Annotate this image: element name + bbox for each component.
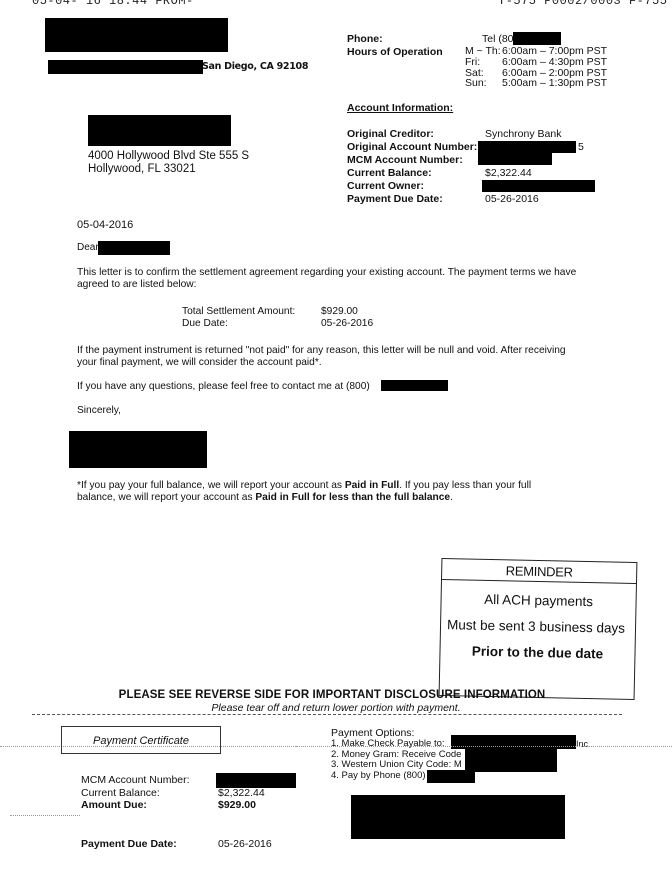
- intro-paragraph: This letter is to confirm the settlement…: [77, 267, 597, 291]
- tear-line: [32, 714, 622, 715]
- recipient-address-line2: Hollywood, FL 33021: [88, 163, 249, 176]
- redacted-receive-codes: [465, 748, 557, 772]
- hours-table: M ~ Th: 6:00am – 7:00pm PST Fri: 6:00am …: [465, 46, 607, 89]
- hours-row: Sun: 5:00am – 1:30pm PST: [465, 78, 607, 89]
- redacted-remit-address: [351, 795, 565, 839]
- salutation: Dear: [77, 242, 99, 253]
- recipient-address: 4000 Hollywood Blvd Ste 555 S Hollywood,…: [88, 150, 249, 176]
- fax-header-right: T-575 P0002/0003 F-755: [498, 0, 667, 8]
- scan-noise: [10, 815, 80, 816]
- redacted-recipient-name: [88, 115, 231, 146]
- certificate-row: Current Balance: $2,322.44: [81, 787, 265, 800]
- hours-label: Hours of Operation: [347, 46, 443, 58]
- reminder-title: REMINDER: [442, 559, 636, 584]
- certificate-due-row: Payment Due Date: 05-26-2016: [81, 838, 272, 851]
- disclosure-notice: PLEASE SEE REVERSE SIDE FOR IMPORTANT DI…: [0, 689, 672, 701]
- letter-date: 05-04-2016: [77, 219, 133, 231]
- closing: Sincerely,: [77, 405, 121, 416]
- contact-block: Phone: Tel (800): [347, 33, 523, 45]
- certificate-row-amount-due: Amount Due: $929.00: [81, 799, 265, 812]
- scan-noise: [296, 746, 672, 747]
- account-info-row: Original Creditor: Synchrony Bank: [347, 128, 584, 141]
- redacted-cert-mcm-account: [216, 773, 296, 788]
- redacted-original-account: [478, 141, 576, 153]
- terms-row: Due Date: 05-26-2016: [182, 318, 373, 330]
- phone-label: Phone:: [347, 33, 482, 45]
- redacted-sender-street: [48, 60, 203, 74]
- redacted-phone: [513, 32, 561, 45]
- reminder-line-1: All ACH payments: [441, 591, 635, 610]
- account-info-table: Original Creditor: Synchrony Bank Origin…: [347, 128, 584, 206]
- payment-option-item: 3. Western Union City Code: M: [331, 760, 462, 771]
- payment-certificate-title: Payment Certificate: [93, 735, 189, 747]
- redacted-signature: [69, 431, 207, 468]
- redacted-current-owner: [482, 180, 595, 192]
- hours-row: Fri: 6:00am – 4:30pm PST: [465, 57, 607, 68]
- terms-row: Total Settlement Amount: $929.00: [182, 306, 373, 318]
- reminder-line-3: Prior to the due date: [440, 643, 634, 662]
- fax-header-left: 05-04- 16 18:44 FROM-: [32, 0, 194, 8]
- tear-off-instruction: Please tear off and return lower portion…: [0, 702, 672, 714]
- redacted-mcm-account: [478, 153, 552, 165]
- payment-certificate-box: Payment Certificate: [61, 726, 221, 754]
- payment-option-suffix: Inc.: [576, 739, 591, 749]
- sender-city-state: San Diego, CA 92108: [202, 61, 308, 72]
- payment-option-item: 1. Make Check Payable to:: [331, 739, 462, 750]
- reminder-stamp: REMINDER All ACH payments Must be sent 3…: [439, 558, 638, 700]
- settlement-terms: Total Settlement Amount: $929.00 Due Dat…: [182, 306, 373, 330]
- reminder-line-2: Must be sent 3 business days: [437, 617, 635, 636]
- redacted-contact-phone: [381, 380, 448, 391]
- account-info-row: Current Balance: $2,322.44: [347, 167, 584, 180]
- redacted-sender-name: [45, 18, 228, 52]
- questions-line: If you have any questions, please feel f…: [77, 381, 370, 392]
- account-info-heading: Account Information:: [347, 102, 453, 114]
- account-info-row: Payment Due Date: 05-26-2016: [347, 193, 584, 206]
- recipient-address-line1: 4000 Hollywood Blvd Ste 555 S: [88, 150, 249, 163]
- void-clause: If the payment instrument is returned "n…: [77, 345, 587, 369]
- redacted-pay-phone: [427, 770, 475, 783]
- redacted-recipient-salutation: [98, 241, 170, 255]
- footnote: *If you pay your full balance, we will r…: [77, 480, 557, 504]
